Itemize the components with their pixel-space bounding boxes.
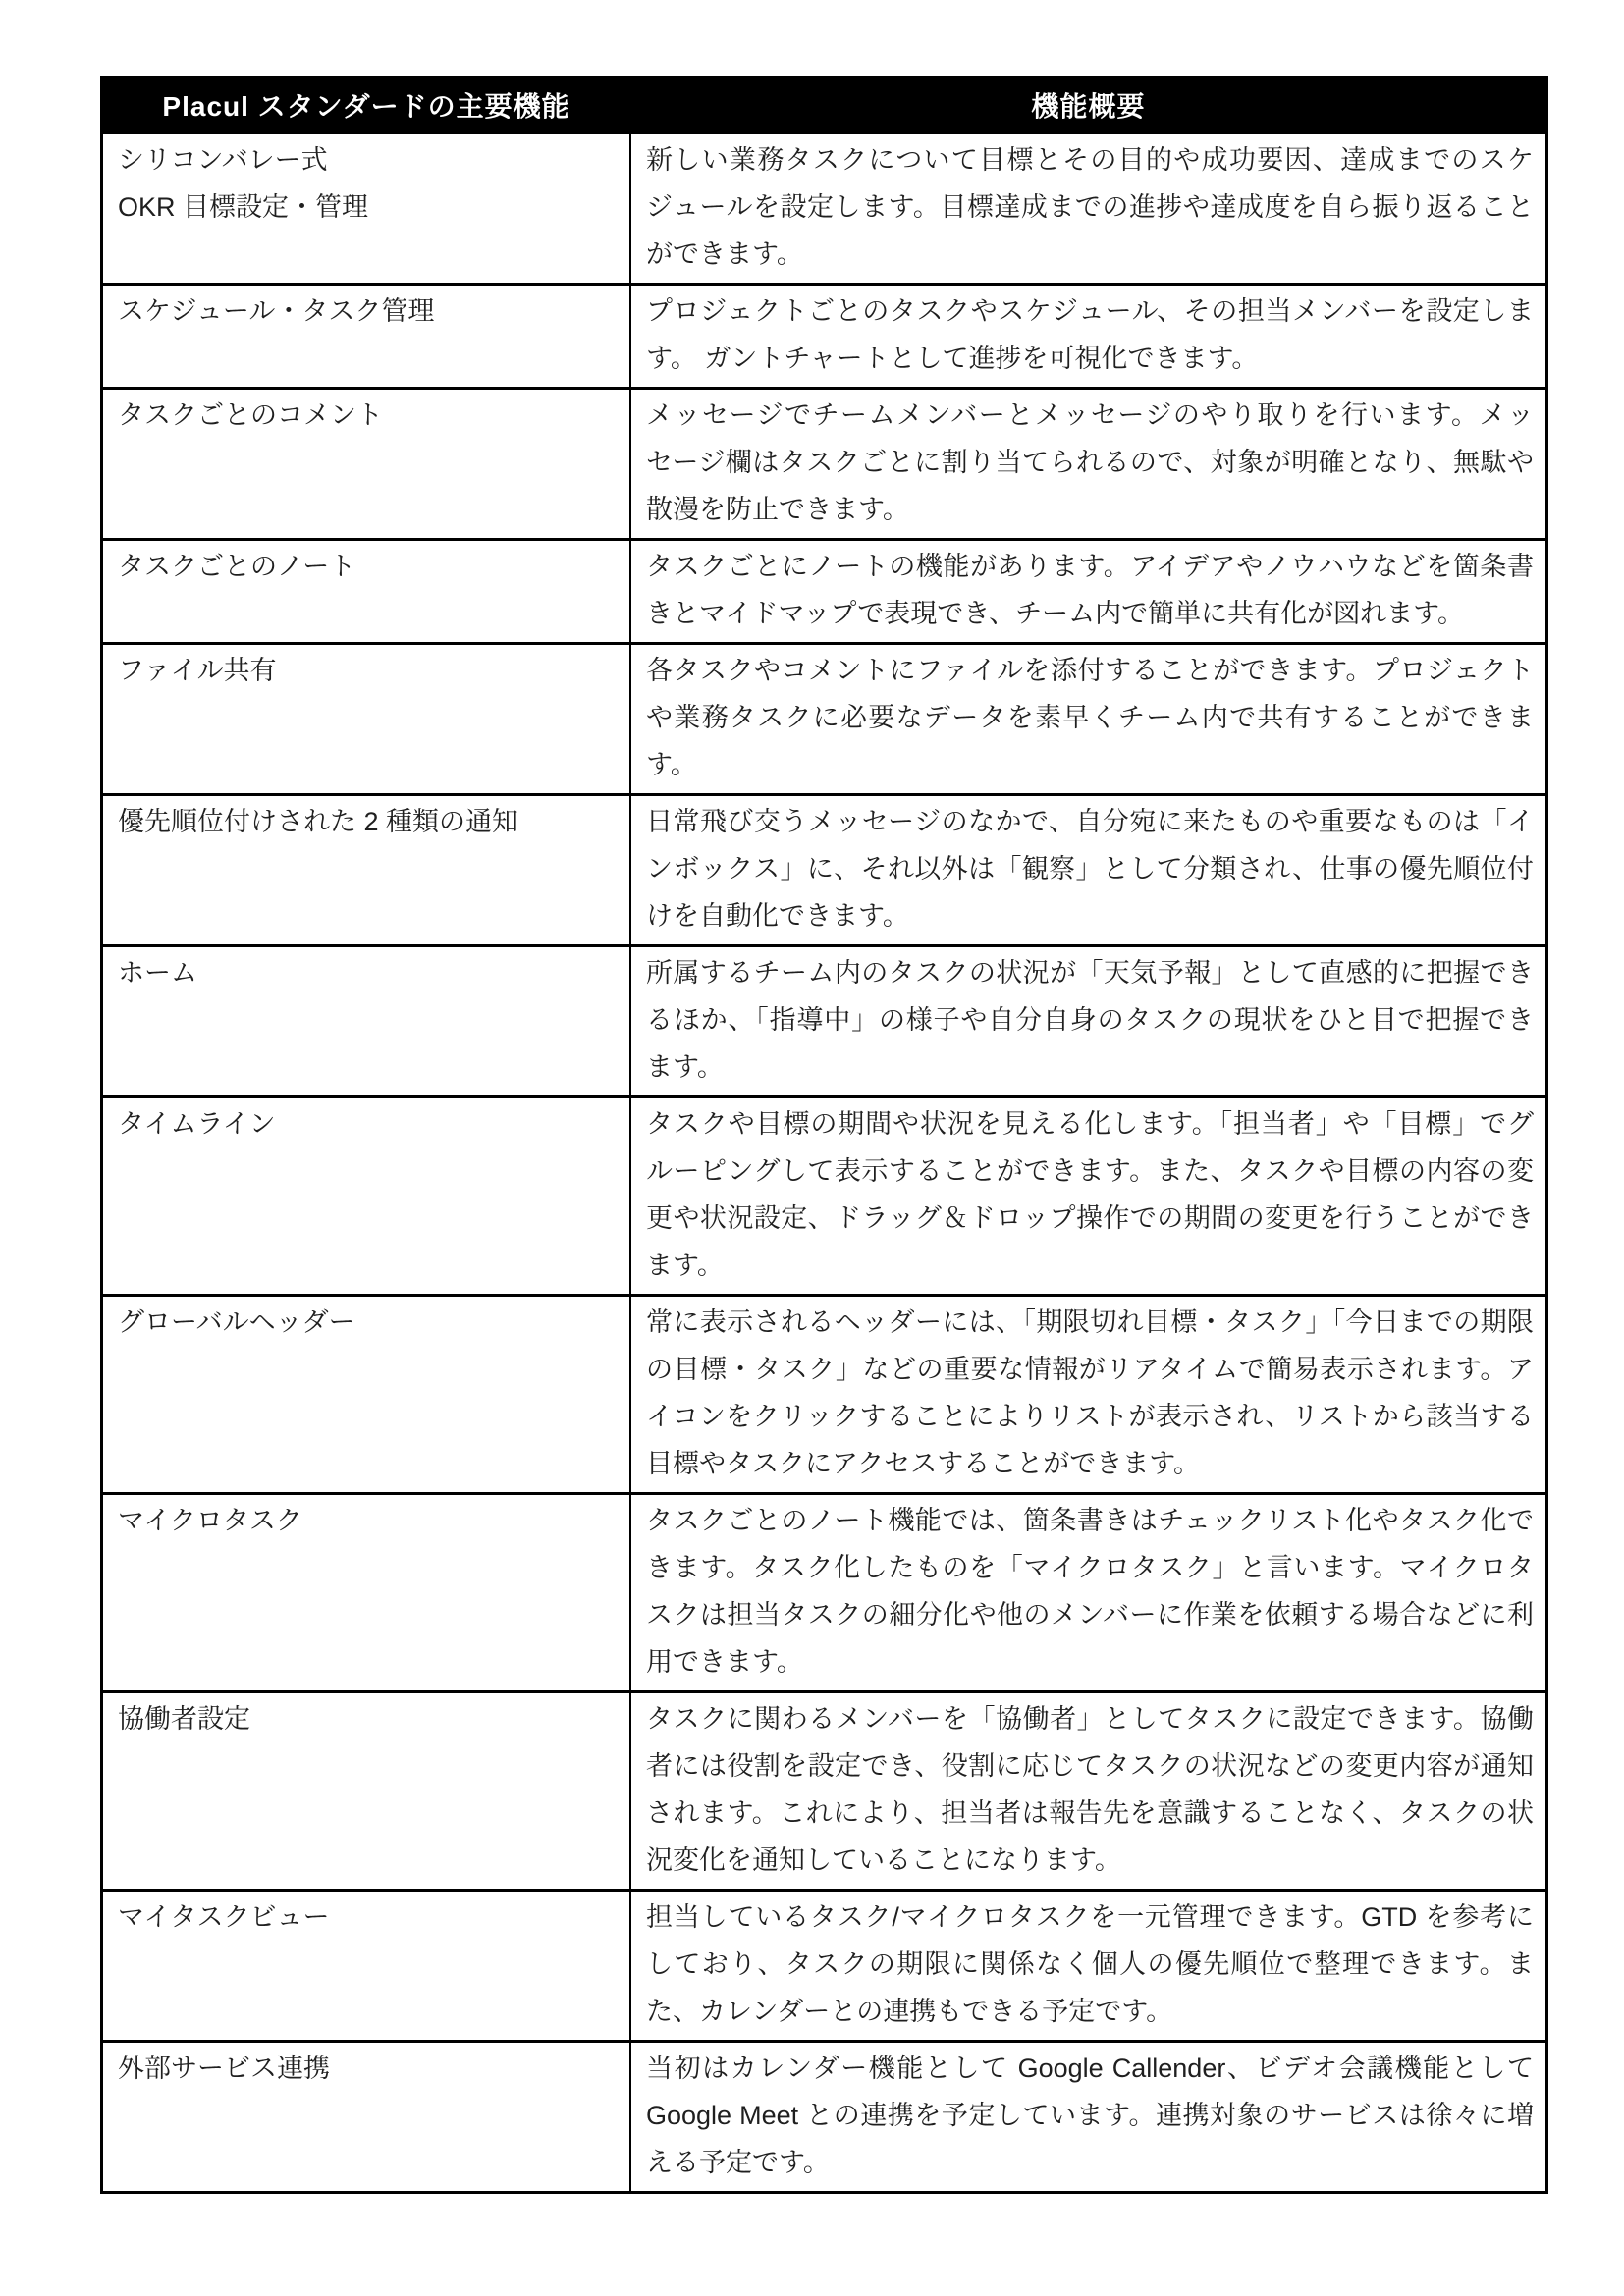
- table-row: シリコンバレー式 OKR 目標設定・管理 新しい業務タスクについて目標とその目的…: [103, 132, 1545, 283]
- overview-cell: 各タスクやコメントにファイルを添付することができます。プロジェクトや業務タスクに…: [631, 645, 1545, 793]
- table-row: タスクごとのノート タスクごとにノートの機能があります。アイデアやノウハウなどを…: [103, 538, 1545, 642]
- feature-cell: タスクごとのノート: [103, 541, 631, 642]
- overview-cell: タスクごとのノート機能では、箇条書きはチェックリスト化やタスク化できます。タスク…: [631, 1495, 1545, 1690]
- overview-column-header: 機能概要: [631, 79, 1545, 132]
- table-row: タスクごとのコメント メッセージでチームメンバーとメッセージのやり取りを行います…: [103, 387, 1545, 538]
- feature-cell: タイムライン: [103, 1098, 631, 1294]
- table-row: 優先順位付けされた 2 種類の通知 日常飛び交うメッセージのなかで、自分宛に来た…: [103, 793, 1545, 944]
- overview-cell: 常に表示されるヘッダーには、「期限切れ目標・タスク」「今日までの期限の目標・タス…: [631, 1297, 1545, 1492]
- feature-cell: 協働者設定: [103, 1693, 631, 1889]
- overview-cell: 日常飛び交うメッセージのなかで、自分宛に来たものや重要なものは「インボックス」に…: [631, 796, 1545, 944]
- feature-cell: マイタスクビュー: [103, 1892, 631, 2040]
- feature-cell: シリコンバレー式 OKR 目標設定・管理: [103, 134, 631, 283]
- table-row: マイタスクビュー 担当しているタスク/マイクロタスクを一元管理できます。GTD …: [103, 1889, 1545, 2040]
- feature-cell: マイクロタスク: [103, 1495, 631, 1690]
- feature-cell: 優先順位付けされた 2 種類の通知: [103, 796, 631, 944]
- overview-cell: プロジェクトごとのタスクやスケジュール、その担当メンバーを設定します。 ガントチ…: [631, 286, 1545, 387]
- table-row: グローバルヘッダー 常に表示されるヘッダーには、「期限切れ目標・タスク」「今日ま…: [103, 1294, 1545, 1492]
- table-row: ホーム 所属するチーム内のタスクの状況が「天気予報」として直感的に把握できるほか…: [103, 944, 1545, 1095]
- table-row: スケジュール・タスク管理 プロジェクトごとのタスクやスケジュール、その担当メンバ…: [103, 283, 1545, 387]
- overview-cell: メッセージでチームメンバーとメッセージのやり取りを行います。メッセージ欄はタスク…: [631, 390, 1545, 538]
- overview-cell: 新しい業務タスクについて目標とその目的や成功要因、達成までのスケジュールを設定し…: [631, 134, 1545, 283]
- feature-column-header: Placul スタンダードの主要機能: [103, 79, 631, 132]
- table-row: 協働者設定 タスクに関わるメンバーを「協働者」としてタスクに設定できます。協働者…: [103, 1690, 1545, 1889]
- overview-cell: 担当しているタスク/マイクロタスクを一元管理できます。GTD を参考にしており、…: [631, 1892, 1545, 2040]
- table-row: 外部サービス連携 当初はカレンダー機能として Google Callender、…: [103, 2040, 1545, 2191]
- feature-cell: タスクごとのコメント: [103, 390, 631, 538]
- feature-cell: スケジュール・タスク管理: [103, 286, 631, 387]
- feature-table: Placul スタンダードの主要機能 機能概要 シリコンバレー式 OKR 目標設…: [100, 76, 1548, 2194]
- feature-cell: ファイル共有: [103, 645, 631, 793]
- table-row: ファイル共有 各タスクやコメントにファイルを添付することができます。プロジェクト…: [103, 642, 1545, 793]
- overview-cell: タスクに関わるメンバーを「協働者」としてタスクに設定できます。協働者には役割を設…: [631, 1693, 1545, 1889]
- overview-cell: タスクや目標の期間や状況を見える化します。「担当者」や「目標」でグルーピングして…: [631, 1098, 1545, 1294]
- overview-cell: タスクごとにノートの機能があります。アイデアやノウハウなどを箇条書きとマイドマッ…: [631, 541, 1545, 642]
- table-row: マイクロタスク タスクごとのノート機能では、箇条書きはチェックリスト化やタスク化…: [103, 1492, 1545, 1690]
- overview-cell: 当初はカレンダー機能として Google Callender、ビデオ会議機能とし…: [631, 2043, 1545, 2191]
- feature-cell: グローバルヘッダー: [103, 1297, 631, 1492]
- feature-cell: 外部サービス連携: [103, 2043, 631, 2191]
- table-header-row: Placul スタンダードの主要機能 機能概要: [103, 79, 1545, 132]
- document-page: Placul スタンダードの主要機能 機能概要 シリコンバレー式 OKR 目標設…: [0, 0, 1624, 2296]
- overview-cell: 所属するチーム内のタスクの状況が「天気予報」として直感的に把握できるほか、「指導…: [631, 947, 1545, 1095]
- table-row: タイムライン タスクや目標の期間や状況を見える化します。「担当者」や「目標」でグ…: [103, 1095, 1545, 1294]
- feature-cell: ホーム: [103, 947, 631, 1095]
